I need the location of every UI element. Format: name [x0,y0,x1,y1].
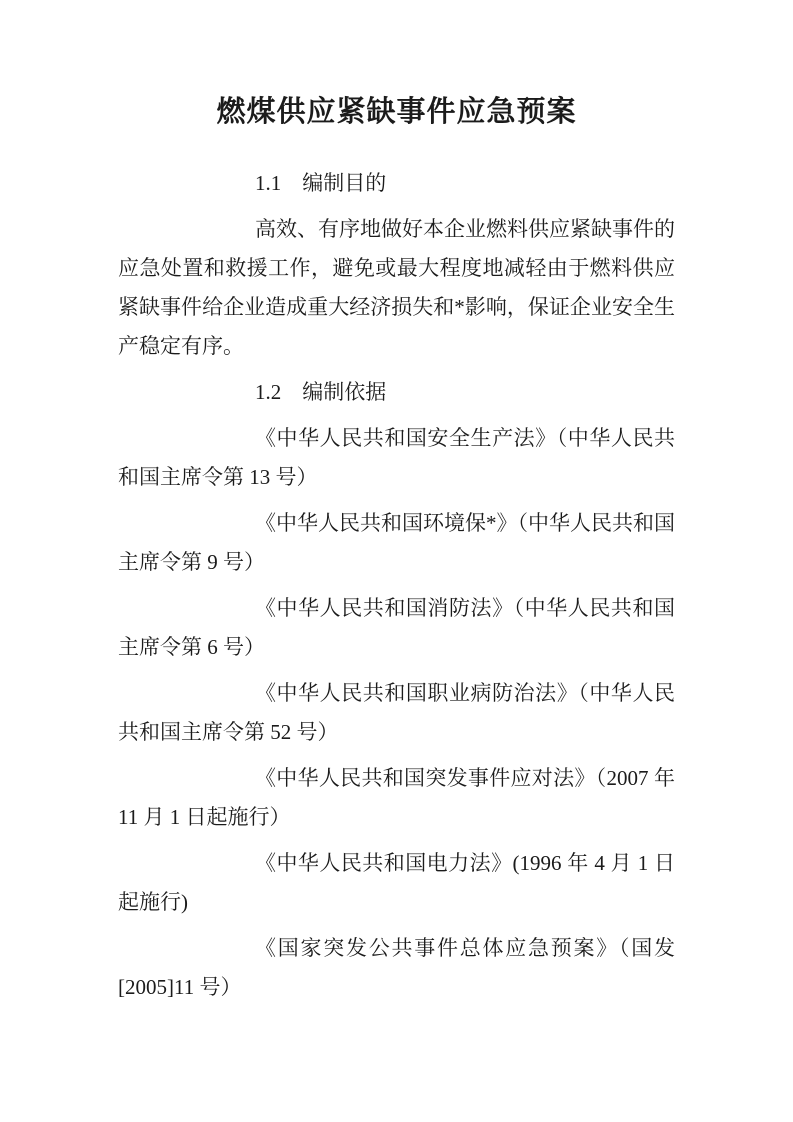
document-page: 燃煤供应紧缺事件应急预案 1.1 编制目的 高效、有序地做好本企业燃料供应紧缺事… [0,0,793,1122]
paragraph-ref-emergency-response-law: 《中华人民共和国突发事件应对法》（2007 年 11 月 1 日起施行） [118,759,675,837]
paragraph-ref-national-emergency-plan: 《国家突发公共事件总体应急预案》（国发[2005]11 号） [118,929,675,1007]
section-heading-1-1: 1.1 编制目的 [118,164,675,203]
paragraph-ref-fire-law: 《中华人民共和国消防法》（中华人民共和国主席令第 6 号） [118,589,675,667]
paragraph-ref-safety-law: 《中华人民共和国安全生产法》（中华人民共和国主席令第 13 号） [118,419,675,497]
document-title: 燃煤供应紧缺事件应急预案 [118,88,675,136]
paragraph-ref-occupational-disease-law: 《中华人民共和国职业病防治法》（中华人民共和国主席令第 52 号） [118,674,675,752]
paragraph-purpose: 高效、有序地做好本企业燃料供应紧缺事件的应急处置和救援工作，避免或最大程度地减轻… [118,210,675,366]
paragraph-ref-electric-power-law: 《中华人民共和国电力法》(1996 年 4 月 1 日起施行) [118,844,675,922]
section-heading-1-2: 1.2 编制依据 [118,373,675,412]
paragraph-ref-environment-law: 《中华人民共和国环境保*》（中华人民共和国主席令第 9 号） [118,504,675,582]
